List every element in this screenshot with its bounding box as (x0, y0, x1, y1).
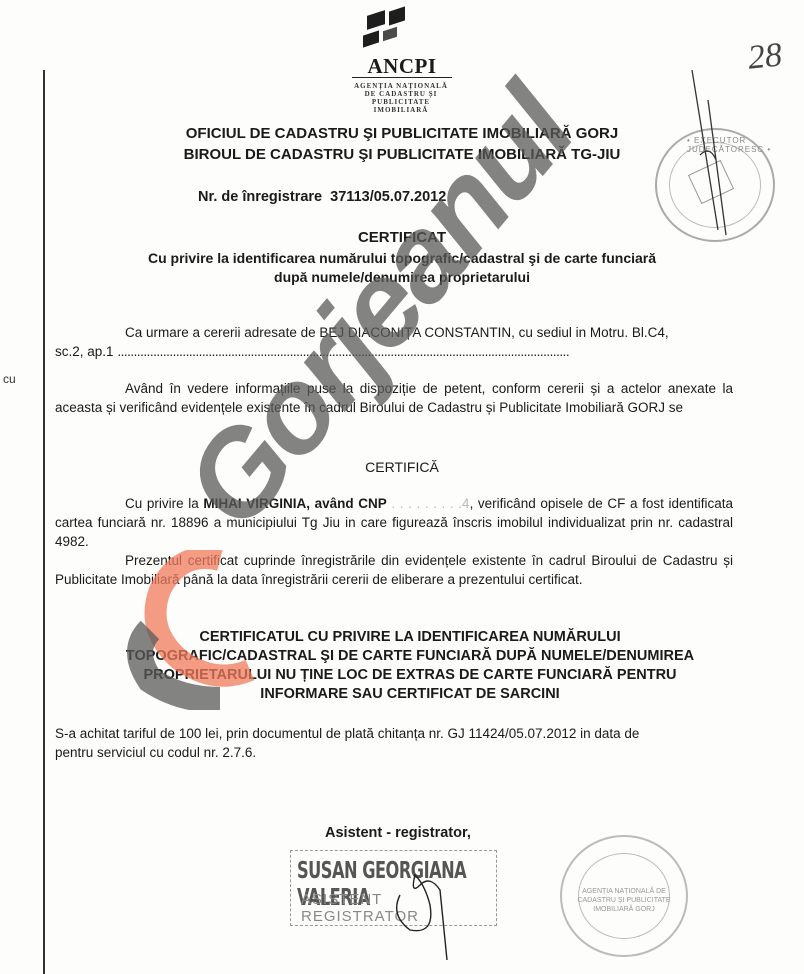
logo-square-icon (383, 27, 397, 42)
handwritten-page-number: 28 (746, 36, 784, 77)
margin-binding-line (43, 70, 45, 974)
request-text-cont: sc.2, ap.1 (55, 344, 114, 359)
registration-number: 37113/05.07.2012 (330, 189, 446, 205)
request-paragraph: Ca urmare a cererii adresate de BEJ DIAC… (55, 323, 733, 361)
notice-line-3: PROPRIETARULUI NU ȚINE LOC DE EXTRAS DE … (110, 666, 710, 685)
owner-paragraph: Cu privire la MIHAI VIRGINIA, având CNP … (55, 494, 733, 551)
margin-note: cu (3, 372, 16, 386)
payment-line-1: S-a achitat tariful de 100 lei, prin doc… (55, 726, 639, 741)
request-dots: ........................................… (117, 344, 569, 359)
logo-square-icon (389, 6, 405, 25)
considering-paragraph: Având în vedere informațiile puse la dis… (55, 379, 733, 417)
scope-paragraph: Prezentul certificat cuprinde înregistră… (55, 551, 733, 589)
notice-line-1: CERTIFICATUL CU PRIVIRE LA IDENTIFICAREA… (110, 628, 710, 647)
logo-subtitle-3: PUBLICITATE IMOBILIARĂ (345, 98, 457, 114)
certificate-title: CERTIFICAT (0, 228, 804, 248)
office-title-line2: BIROUL DE CADASTRU ŞI PUBLICITATE IMOBIL… (0, 145, 804, 165)
logo-subtitle-1: AGENȚIA NAȚIONALĂ (345, 82, 457, 90)
registration-label: Nr. de înregistrare (198, 189, 322, 205)
logo-subtitle-2: DE CADASTRU ȘI (345, 90, 457, 98)
considering-text: Având în vedere informațiile puse la dis… (55, 381, 733, 415)
logo-square-icon (363, 30, 379, 47)
logo-square-icon (367, 10, 385, 30)
cnp-redacted: . . . . . . . . .4 (387, 496, 470, 511)
logo-acronym: ANCPI (352, 55, 452, 78)
payment-paragraph: S-a achitat tariful de 100 lei, prin doc… (55, 724, 733, 762)
certifies-heading: CERTIFICĂ (0, 457, 804, 477)
office-title-line1: OFICIUL DE CADASTRU ŞI PUBLICITATE IMOBI… (0, 124, 804, 144)
request-text: Ca urmare a cererii adresate de BEJ DIAC… (125, 325, 669, 340)
notice-line-2: TOPOGRAFIC/CADASTRAL ŞI DE CARTE FUNCIAR… (80, 647, 740, 666)
owner-name: MIHAI VIRGINIA, având CNP (203, 496, 386, 511)
scope-text: Prezentul certificat cuprinde înregistră… (55, 553, 733, 587)
certificate-subtitle-line1: Cu privire la identificarea numărului to… (0, 248, 804, 268)
signature-label: Asistent - registrator, (325, 825, 471, 841)
certificate-subtitle-line2: după numele/denumirea proprietarului (0, 267, 804, 287)
ancpi-logo: ANCPI AGENȚIA NAȚIONALĂ DE CADASTRU ȘI P… (345, 5, 465, 105)
registration-line: Nr. de înregistrare 37113/05.07.2012 (198, 189, 446, 205)
agency-seal-text: AGENȚIA NAȚIONALĂ DE CADASTRU ȘI PUBLICI… (576, 887, 672, 914)
handwritten-signature-icon (385, 855, 465, 965)
notice-line-4: INFORMARE SAU CERTIFICAT DE SARCINI (110, 685, 710, 704)
owner-intro: Cu privire la (125, 496, 203, 511)
agency-seal-icon: AGENȚIA NAȚIONALĂ DE CADASTRU ȘI PUBLICI… (560, 835, 688, 957)
payment-line-2: pentru serviciul cu codul nr. 2.7.6. (55, 745, 256, 760)
